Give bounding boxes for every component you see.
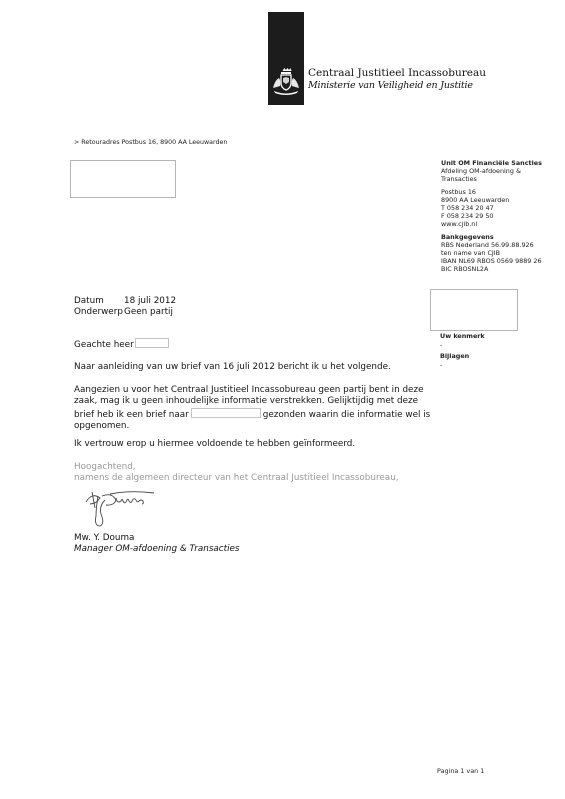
ministry-name: Ministerie van Veiligheid en Justitie bbox=[308, 80, 473, 91]
paragraph-3: Ik vertrouw erop u hiermee voldoende te … bbox=[74, 439, 355, 450]
your-reference-label: Uw kenmerk bbox=[440, 332, 485, 341]
paragraph-2-line-4: opgenomen. bbox=[74, 421, 430, 432]
sender-fax: F 058 234 29 50 bbox=[441, 212, 542, 220]
closing-on-behalf: namens de algemeen directeur van het Cen… bbox=[74, 473, 399, 484]
signer-title: Manager OM-afdoening & Transacties bbox=[74, 544, 240, 555]
paragraph-2-line-3b: gezonden waarin die informatie wel is bbox=[263, 410, 430, 420]
sender-phone: T 058 234 20 47 bbox=[441, 204, 542, 212]
paragraph-2-line-3a: brief heb ik een brief naar bbox=[74, 410, 189, 420]
redacted-recipient-address bbox=[70, 160, 176, 198]
redacted-reference-box bbox=[430, 289, 518, 331]
sender-postcode-city: 8900 AA Leeuwarden bbox=[441, 196, 542, 204]
subject-label: Onderwerp bbox=[74, 307, 124, 318]
page-number: Pagina 1 van 1 bbox=[437, 767, 484, 775]
attachments: Bijlagen - bbox=[440, 352, 469, 369]
salutation-text: Geachte heer bbox=[74, 340, 134, 350]
sender-department-line2: Transacties bbox=[441, 175, 542, 183]
sender-department-line1: Afdeling OM-afdoening & bbox=[441, 167, 542, 175]
date-value: 18 juli 2012 bbox=[124, 296, 176, 306]
bank-heading: Bankgegevens bbox=[441, 233, 542, 241]
closing-greeting: Hoogachtend, bbox=[74, 462, 399, 473]
sender-details: Unit OM Financiële Sancties Afdeling OM-… bbox=[441, 159, 542, 274]
bank-bic: BIC RBOSNL2A bbox=[441, 265, 542, 273]
paragraph-2: Aangezien u voor het Centraal Justitieel… bbox=[74, 385, 430, 433]
redacted-name bbox=[135, 338, 169, 348]
paragraph-2-line-1: Aangezien u voor het Centraal Justitieel… bbox=[74, 385, 430, 396]
signer-name: Mw. Y. Douma bbox=[74, 533, 240, 544]
royal-coat-of-arms-icon bbox=[270, 66, 302, 98]
sender-postbus: Postbus 16 bbox=[441, 188, 542, 196]
bank-iban: IBAN NL69 RBOS 0569 9889 26 bbox=[441, 257, 542, 265]
bank-line2: ten name van CJIB bbox=[441, 249, 542, 257]
redacted-recipient bbox=[191, 408, 261, 418]
bank-line1: RBS Nederland 56.99.88.926 bbox=[441, 241, 542, 249]
organization-name: Centraal Justitieel Incassobureau bbox=[308, 67, 486, 79]
closing: Hoogachtend, namens de algemeen directeu… bbox=[74, 462, 399, 485]
salutation: Geachte heer bbox=[74, 338, 169, 351]
sender-website: www.cjib.nl bbox=[441, 220, 542, 228]
header-fields: Datum18 juli 2012 OnderwerpGeen partij bbox=[74, 296, 176, 318]
paragraph-1: Naar aanleiding van uw brief van 16 juli… bbox=[74, 362, 391, 373]
your-reference: Uw kenmerk - bbox=[440, 332, 485, 349]
attachments-value: - bbox=[440, 361, 469, 370]
subject-value: Geen partij bbox=[124, 307, 173, 317]
date-label: Datum bbox=[74, 296, 124, 307]
attachments-label: Bijlagen bbox=[440, 352, 469, 361]
handwritten-signature-icon bbox=[82, 488, 162, 530]
signer: Mw. Y. Douma Manager OM-afdoening & Tran… bbox=[74, 533, 240, 555]
paragraph-2-line-2: zaak, mag ik u geen inhoudelijke informa… bbox=[74, 396, 430, 407]
your-reference-value: - bbox=[440, 341, 485, 350]
sender-unit: Unit OM Financiële Sancties bbox=[441, 159, 542, 167]
return-address: > Retouradres Postbus 16, 8900 AA Leeuwa… bbox=[74, 139, 227, 146]
